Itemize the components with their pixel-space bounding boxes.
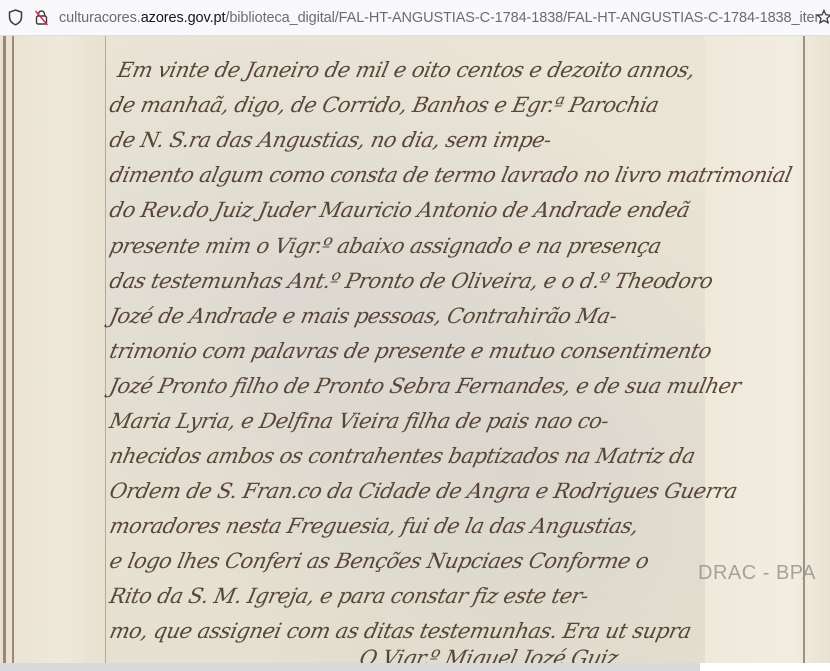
url-prefix: culturacores. <box>59 10 141 26</box>
manuscript-image-viewer[interactable]: Em vinte de Janeiro de mil e oito centos… <box>0 36 830 663</box>
handwriting-line: de N. S.ra das Angustias, no dia, sem im… <box>107 128 553 152</box>
handwriting-line: de manhaã, digo, de Corrido, Banhos e Eg… <box>107 93 661 117</box>
handwriting-line: Jozé de Andrade e mais pessoas, Contrahi… <box>107 304 619 328</box>
url-host: azores.gov.pt <box>141 10 226 26</box>
handwriting-line: Em vinte de Janeiro de mil e oito centos… <box>115 58 697 82</box>
handwriting-line: nhecidos ambos os contrahentes baptizado… <box>107 444 697 468</box>
watermark: DRAC - BPA <box>698 562 816 585</box>
handwriting-line: Jozé Pronto filho de Pronto Sebra Fernan… <box>107 374 742 398</box>
left-page-margin <box>0 36 105 663</box>
horizontal-scrollbar[interactable] <box>0 663 700 671</box>
handwriting-line: do Rev.do Juiz Juder Mauricio Antonio de… <box>107 198 691 222</box>
url-path: /biblioteca_digital/FAL-HT-ANGUSTIAS-C-1… <box>225 10 819 26</box>
handwriting-line: das testemunhas Ant.º Pronto de Oliveira… <box>107 269 715 293</box>
handwriting-line: mo, que assignei com as ditas testemunha… <box>107 619 693 643</box>
insecure-lock-icon[interactable] <box>34 9 50 27</box>
spine-line <box>12 36 14 663</box>
handwriting-line: e logo lhes Conferi as Benções Nupciaes … <box>107 549 651 573</box>
handwriting-line: trimonio com palavras de presente e mutu… <box>107 339 713 363</box>
handwriting-line: presente mim o Vigr.º abaixo assignado e… <box>107 234 663 258</box>
handwriting-line: moradores nesta Freguesia, fui de la das… <box>107 514 640 538</box>
url-text[interactable]: culturacores.azores.gov.pt/biblioteca_di… <box>59 10 819 26</box>
url-bar[interactable]: culturacores.azores.gov.pt/biblioteca_di… <box>0 0 830 36</box>
bookmark-star-icon[interactable] <box>816 9 830 25</box>
handwriting-line: dimento algum como consta de termo lavra… <box>107 163 793 187</box>
handwriting-line: Ordem de S. Fran.co da Cidade de Angra e… <box>107 479 739 503</box>
handwriting-line: Maria Lyria, e Delfina Vieira filha de p… <box>107 409 610 433</box>
handwriting-line: Rito da S. M. Igreja, e para constar fiz… <box>107 584 590 608</box>
spine-line <box>3 36 6 663</box>
shield-icon[interactable] <box>8 9 24 27</box>
signature-line: O Vigr.º Miguel Jozé Guiz <box>357 646 620 663</box>
